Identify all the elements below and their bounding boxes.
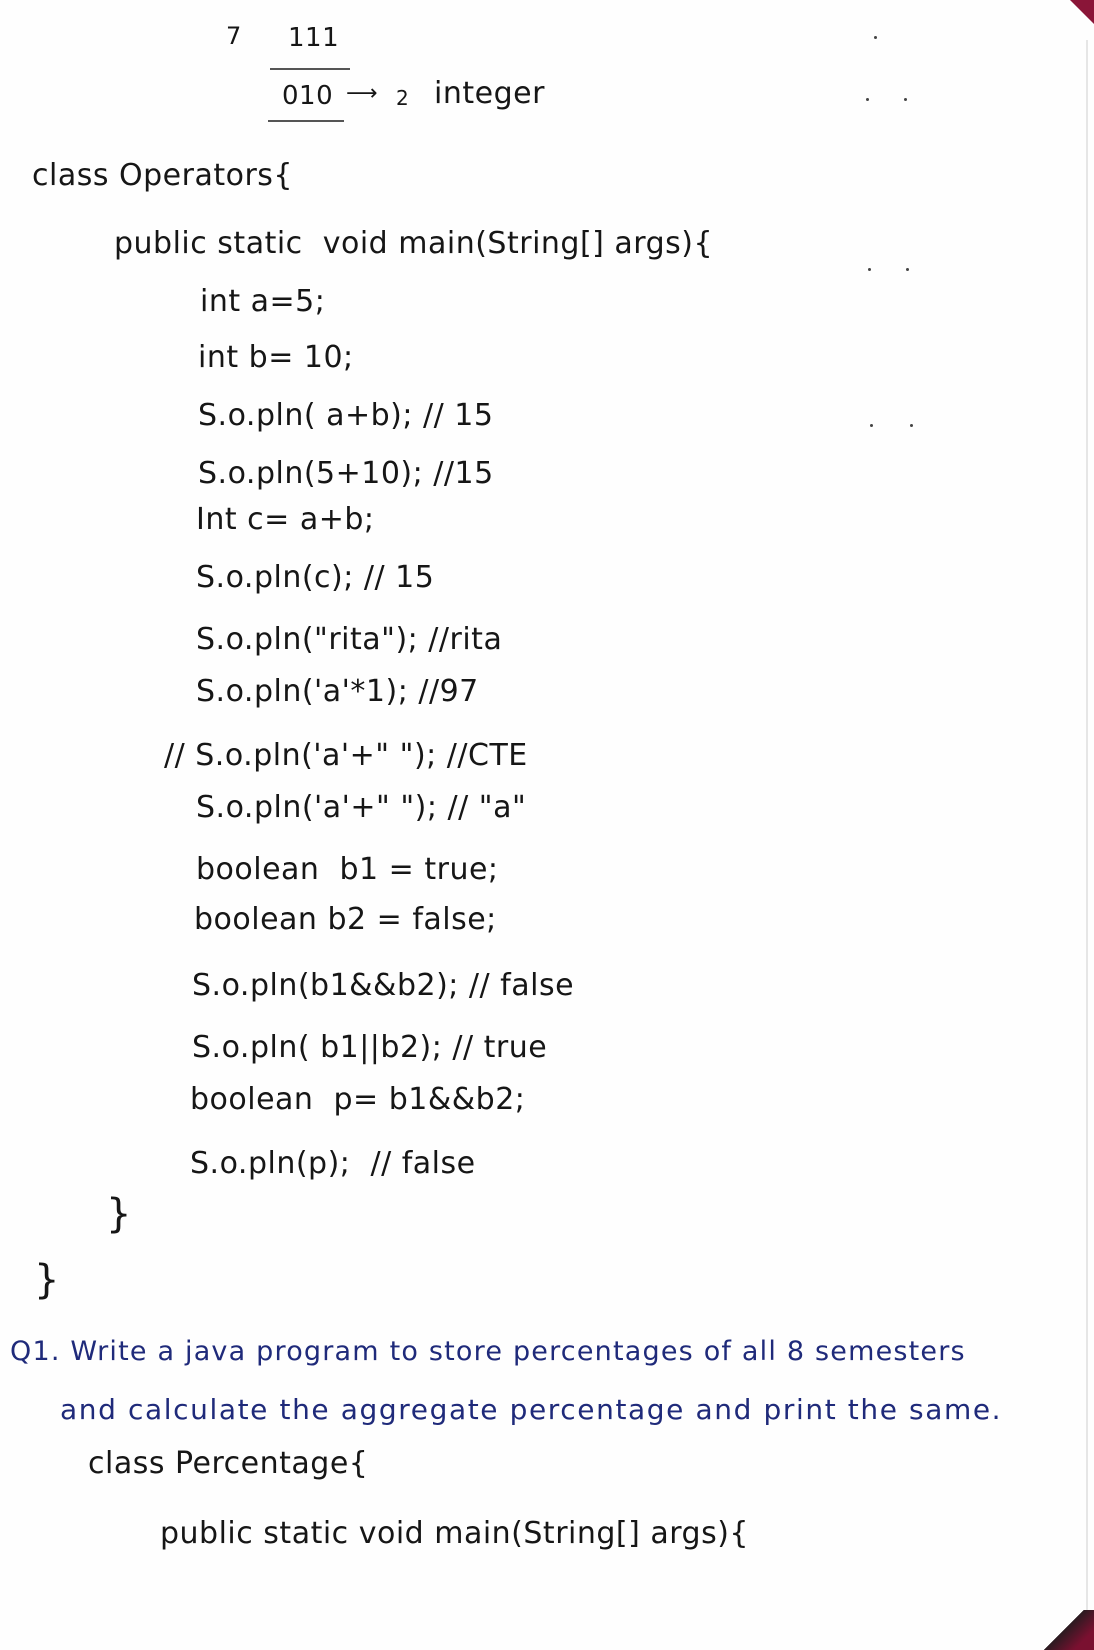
code-line: S.o.pln("rita"); //rita [196,622,502,658]
calc-label: integer [434,76,545,112]
notebook-cover-corner-bottom [1034,1610,1094,1650]
code-line: S.o.pln('a'*1); //97 [196,674,479,710]
calc-top-number: 111 [288,20,339,56]
code-line: S.o.pln( a+b); // 15 [198,398,493,434]
margin-dot [910,424,913,427]
code-line: boolean b1 = true; [196,852,499,888]
calc-arrow: ⟶ [346,76,378,112]
code-line: S.o.pln(5+10); //15 [198,456,494,492]
main-method-line: public static void main(String[] args){ [114,226,713,262]
class-percentage-line: class Percentage{ [88,1446,368,1482]
commented-code-line: // S.o.pln('a'+" "); //CTE [164,738,528,774]
page-edge [1086,40,1088,1610]
calc-operator: 7 [226,18,242,54]
calc-decimal: 2 [396,80,409,116]
class-close-brace: } [34,1262,60,1298]
class-operators-line: class Operators{ [32,158,293,194]
code-line: boolean p= b1&&b2; [190,1082,525,1118]
calc-result: 010 [282,78,333,114]
notebook-page: 7 111 010 ⟶ 2 integer class Operators{ p… [0,0,1094,1650]
percentage-main-line: public static void main(String[] args){ [160,1516,749,1552]
code-line: int b= 10; [198,340,354,376]
question-line-2: and calculate the aggregate percentage a… [60,1392,1002,1428]
code-line: S.o.pln( b1||b2); // true [192,1030,547,1066]
code-line: S.o.pln(c); // 15 [196,560,434,596]
code-line: S.o.pln('a'+" "); // "a" [196,790,526,826]
question-line-1: Q1. Write a java program to store percen… [10,1334,966,1370]
margin-dot [866,98,869,101]
code-line: Int c= a+b; [196,502,375,538]
margin-dot [904,98,907,101]
code-line: int a=5; [200,284,325,320]
notebook-cover-corner-top [1070,0,1094,24]
code-line: boolean b2 = false; [194,902,497,938]
calc-rule-top [270,68,350,70]
code-line: S.o.pln(p); // false [190,1146,476,1182]
method-close-brace: } [106,1196,132,1232]
calc-rule-bottom [268,120,344,122]
margin-dot [868,268,871,271]
code-line: S.o.pln(b1&&b2); // false [192,968,574,1004]
margin-dot [870,424,873,427]
margin-dot [874,36,877,39]
margin-dot [906,268,909,271]
